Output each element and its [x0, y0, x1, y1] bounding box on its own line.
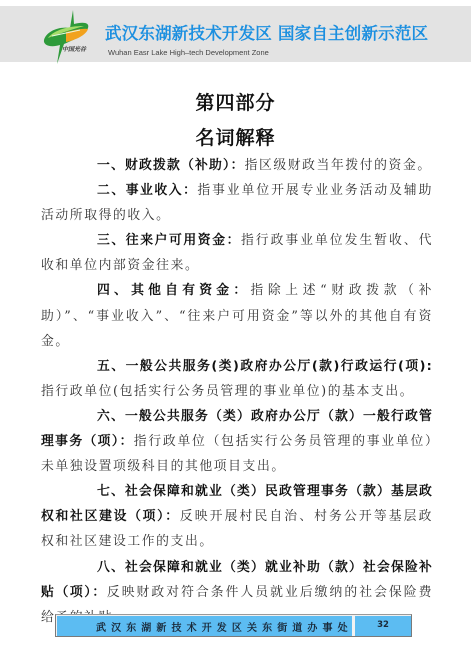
- term-paragraph: 六、一般公共服务（类）政府办公厅（款）一般行政管理事务（项）：指行政单位（包括实…: [41, 404, 433, 479]
- page-number: 32: [355, 620, 411, 630]
- term-paragraph: 二、事业收入：指事业单位开展专业业务活动及辅助活动所取得的收入。: [41, 178, 433, 228]
- term-label: 四、其他自有资金：: [97, 283, 250, 298]
- header-title: 武汉东湖新技术开发区 国家自主创新示范区: [105, 20, 428, 44]
- header-banner: 中国光谷 武汉东湖新技术开发区 国家自主创新示范区 Wuhan Easr Lak…: [0, 6, 471, 62]
- term-label: 一、财政拨款（补助）：: [97, 158, 245, 173]
- term-label: 五、一般公共服务(类)政府办公厅(款)行政运行(项):: [97, 359, 433, 374]
- term-paragraph: 五、一般公共服务(类)政府办公厅(款)行政运行(项):指行政单位(包括实行公务员…: [41, 354, 433, 404]
- optics-valley-logo-icon: [40, 8, 98, 66]
- term-definitions: 一、财政拨款（补助）：指区级财政当年拨付的资金。 二、事业收入：指事业单位开展专…: [41, 153, 433, 630]
- term-paragraph: 三、往来户可用资金：指行政事业单位发生暂收、代收和单位内部资金往来。: [41, 228, 433, 278]
- term-paragraph: 七、社会保障和就业（类）民政管理事务（款）基层政权和社区建设（项）：反映开展村民…: [41, 479, 433, 554]
- part-title: 第四部分: [0, 88, 471, 115]
- term-definition: 指行政单位(包括实行公务员管理的事业单位)的基本支出。: [41, 384, 414, 399]
- term-paragraph: 一、财政拨款（补助）：指区级财政当年拨付的资金。: [41, 153, 433, 178]
- page-footer: 武汉东湖新技术开发区关东街道办事处 32: [55, 614, 412, 637]
- footer-organization: 武汉东湖新技术开发区关东街道办事处: [96, 619, 351, 634]
- header-subtitle: Wuhan Easr Lake High–tech Development Zo…: [108, 48, 269, 57]
- section-title: 名词解释: [0, 123, 471, 150]
- term-label: 二、事业收入：: [97, 183, 197, 198]
- term-label: 三、往来户可用资金：: [97, 233, 241, 248]
- logo-caption: 中国光谷: [62, 44, 86, 53]
- term-definition: 指区级财政当年拨付的资金。: [245, 158, 432, 173]
- term-paragraph: 四、其他自有资金：指除上述“财政拨款（补助）”、“事业收入”、“往来户可用资金”…: [41, 278, 433, 353]
